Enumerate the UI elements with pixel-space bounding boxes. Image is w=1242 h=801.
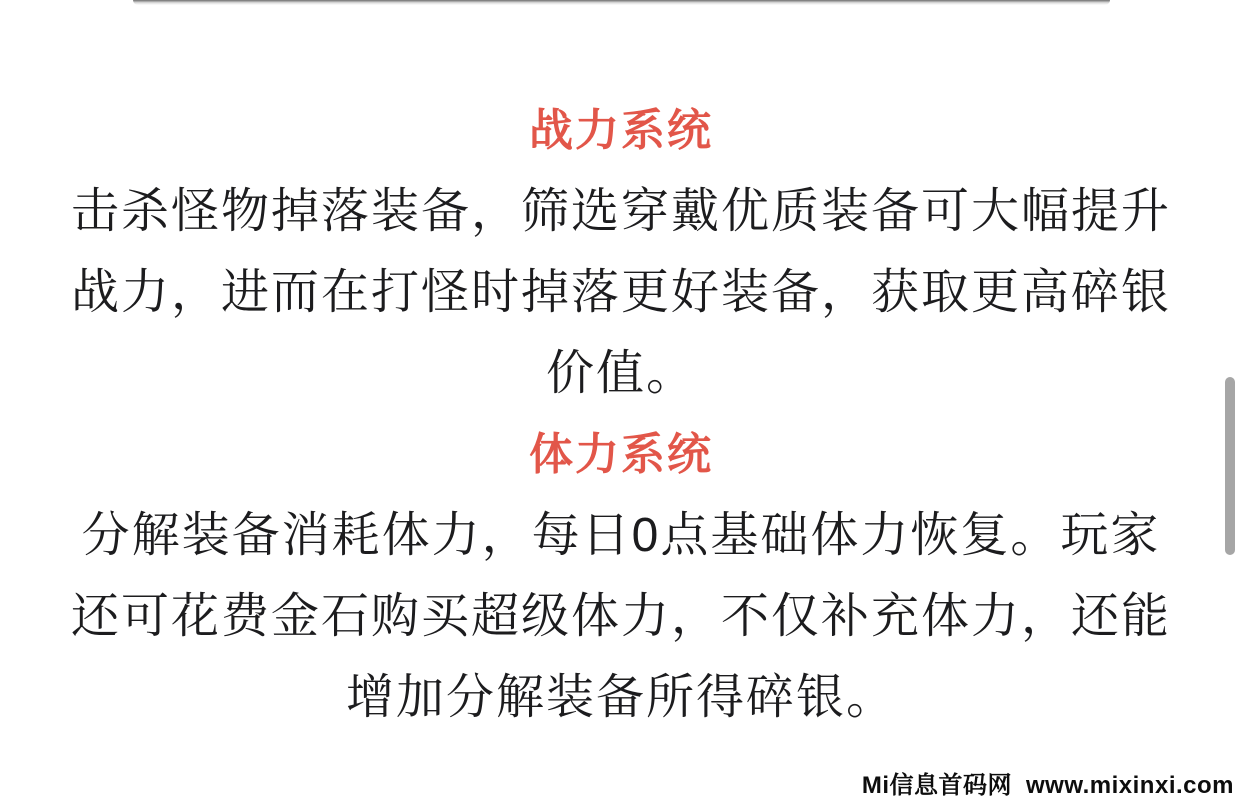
watermark-site-url: www.mixinxi.com [1026,772,1234,799]
paragraph-line: 价值。 [30,333,1212,414]
section-title-combat-power: 战力系统 [30,90,1212,171]
section-title-stamina: 体力系统 [30,414,1212,495]
watermark-site-name: Mi信息首码网 [862,772,1012,799]
article-body: 战力系统 击杀怪物掉落装备，筛选穿戴优质装备可大幅提升 战力，进而在打怪时掉落更… [30,90,1212,738]
paragraph-line: 增加分解装备所得碎银。 [30,657,1212,738]
watermark: Mi信息首码网www.mixinxi.com [862,771,1234,801]
paragraph-line: 战力，进而在打怪时掉落更好装备，获取更高碎银 [30,252,1212,333]
scrollbar-thumb[interactable] [1225,377,1235,555]
paragraph-line: 还可花费金石购买超级体力，不仅补充体力，还能 [30,576,1212,657]
top-card-edge [133,0,1110,5]
paragraph-line: 分解装备消耗体力，每日0点基础体力恢复。玩家 [30,495,1212,576]
section-stamina: 体力系统 分解装备消耗体力，每日0点基础体力恢复。玩家 还可花费金石购买超级体力… [30,414,1212,738]
section-combat-power: 战力系统 击杀怪物掉落装备，筛选穿戴优质装备可大幅提升 战力，进而在打怪时掉落更… [30,90,1212,414]
paragraph-line: 击杀怪物掉落装备，筛选穿戴优质装备可大幅提升 [30,171,1212,252]
